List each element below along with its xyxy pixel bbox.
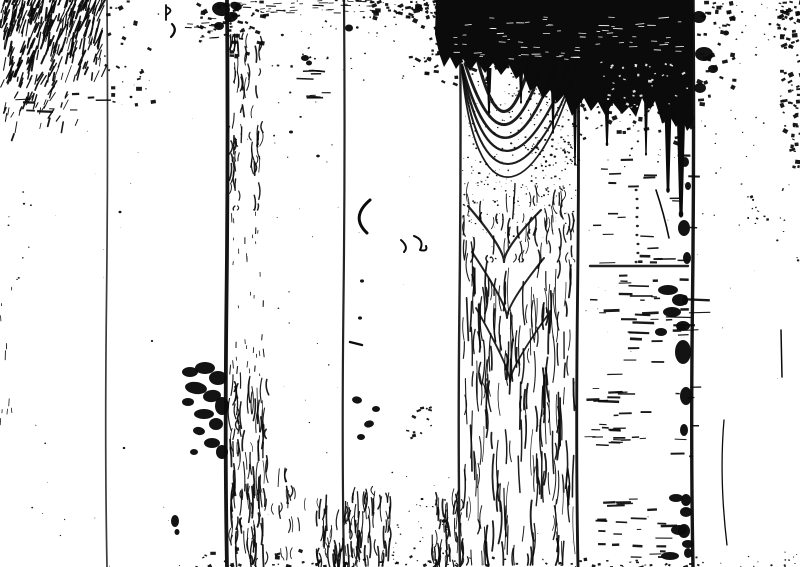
wood-grunge-texture-svg — [0, 0, 800, 567]
grunge-wood-texture — [0, 0, 800, 567]
